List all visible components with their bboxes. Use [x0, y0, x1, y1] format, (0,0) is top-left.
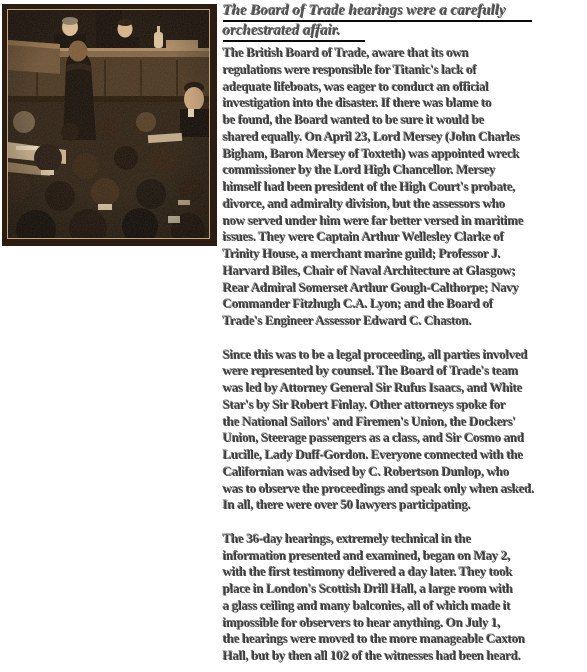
courtroom-photo-illustration [8, 10, 209, 238]
courtroom-photo-frame [2, 4, 217, 246]
article-title: The Board of Trade hearings were a caref… [223, 2, 585, 42]
article-title-line-2: orchestrated affair. [223, 22, 365, 42]
article-paragraph-2: Since this was to be a legal proceeding,… [223, 347, 585, 515]
courtroom-photo [7, 9, 210, 239]
article-paragraph-1: The British Board of Trade, aware that i… [223, 45, 585, 330]
book-page: The Board of Trade hearings were a caref… [0, 0, 587, 672]
article-column: The Board of Trade hearings were a caref… [223, 2, 585, 665]
article-title-line-1: The Board of Trade hearings were a caref… [223, 2, 532, 22]
article-paragraph-3: The 36-day hearings, extremely technical… [223, 531, 585, 665]
